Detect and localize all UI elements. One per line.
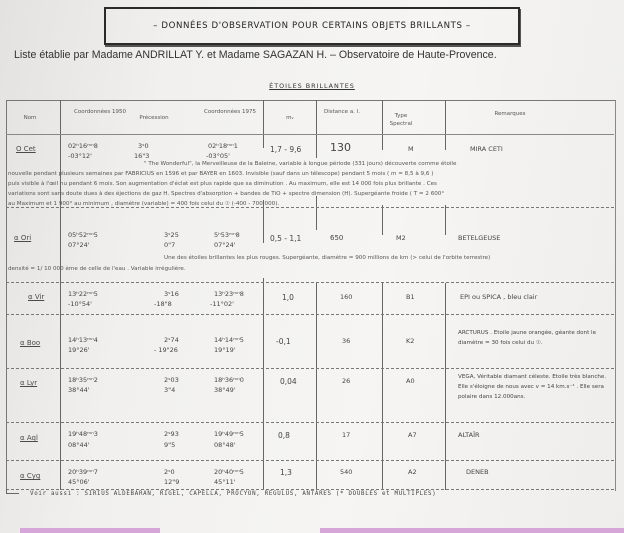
- column-divider: [263, 278, 264, 490]
- dec-1950: -10°54': [68, 299, 92, 310]
- remark: EPI ou SPICA , bleu clair: [460, 292, 537, 303]
- star-name: α Lyr: [20, 378, 37, 389]
- column-divider: [60, 100, 61, 490]
- distance: 26: [342, 376, 350, 387]
- dec-1950: 19°26': [68, 345, 90, 356]
- column-header-remarques: Remarques: [470, 110, 550, 118]
- spectral-type: A2: [408, 467, 417, 478]
- remark: ARCTURUS . Etoile jaune orangée, géante …: [458, 328, 608, 348]
- column-divider: [316, 100, 317, 158]
- spectral-type: A7: [408, 430, 417, 441]
- precession-ra: 2ˢ93: [164, 429, 179, 440]
- header-divider: [6, 134, 614, 135]
- dec-1950: 07°24': [68, 240, 90, 251]
- dec-1950: -03°12': [68, 151, 92, 162]
- column-divider: [382, 100, 383, 150]
- handwritten-note: Voir aussi : SIRIUS ALDEBARAN, RIGEL, CA…: [30, 491, 436, 497]
- star-name: α Ori: [14, 233, 31, 244]
- section-title: ÉTOILES BRILLANTES: [0, 82, 624, 90]
- star-name: α Cyg: [20, 471, 40, 482]
- dec-1975: 19°19': [214, 345, 236, 356]
- column-header-precession: Précession: [124, 114, 184, 122]
- document-title: – DONNÉES D'OBSERVATION POUR CERTAINS OB…: [153, 21, 471, 31]
- remark: MIRA CETI: [470, 144, 503, 155]
- remark: BETELGEUSE: [458, 233, 500, 244]
- precession-dec: -18"8: [154, 299, 172, 310]
- row-divider: [6, 422, 614, 423]
- precession-dec: 9"5: [164, 440, 175, 451]
- spectral-type: A0: [406, 376, 415, 387]
- magnitude: 1,3: [280, 467, 292, 478]
- star-note: variations sont sans doute dues à des éj…: [8, 189, 444, 200]
- row-divider: [6, 460, 614, 461]
- star-name: α Vir: [28, 292, 44, 303]
- remark: DENEB: [466, 467, 489, 478]
- spectral-type: B1: [406, 292, 415, 303]
- distance: 160: [340, 292, 352, 303]
- distance: 540: [340, 467, 352, 478]
- magnitude: 0,04: [280, 376, 297, 387]
- spectral-type: M: [408, 144, 414, 155]
- row-divider: [6, 489, 614, 490]
- star-note: au Maximum et 1 900° au minimum , diamèt…: [8, 199, 279, 210]
- star-note: Une des étoiles brillantes les plus roug…: [164, 253, 490, 264]
- column-divider: [263, 100, 264, 148]
- column-header-coord1975: Coordonnées 1975: [200, 108, 260, 116]
- magnitude: 0,8: [278, 430, 290, 441]
- document-title-box: – DONNÉES D'OBSERVATION POUR CERTAINS OB…: [104, 7, 520, 45]
- page-edge: [20, 528, 160, 533]
- dec-1975: 07°24': [214, 240, 236, 251]
- remark: ALTAÏR: [458, 430, 480, 441]
- magnitude: 1,0: [282, 292, 294, 303]
- precession-dec: - 19"26: [154, 345, 178, 356]
- dec-1975: -11°02': [210, 299, 234, 310]
- dec-1950: 38°44': [68, 385, 90, 396]
- ra-1950: 19ʰ48ᵐⁿ3: [68, 429, 98, 440]
- star-note: " The Wonderful", la Merveilleuse de la …: [144, 159, 456, 170]
- row-divider: [6, 282, 614, 283]
- footer-bracket: [6, 489, 19, 494]
- distance: 650: [330, 233, 343, 244]
- row-divider: [6, 314, 614, 315]
- spectral-type: K2: [406, 336, 414, 347]
- star-name: α Aql: [20, 433, 38, 444]
- page-edge: [320, 528, 624, 533]
- magnitude: 0,5 - 1,1: [270, 233, 301, 244]
- distance: 36: [342, 336, 350, 347]
- dec-1950: 08°44': [68, 440, 90, 451]
- star-note: densité = 1/ 10 000 ème de celle de l'ea…: [8, 264, 186, 275]
- distance: 17: [342, 430, 350, 441]
- spectral-type: M2: [396, 233, 406, 244]
- star-name: α Boo: [20, 338, 40, 349]
- column-divider: [445, 100, 446, 150]
- ra-1975: 19ʰ49ᵐⁿ5: [214, 429, 244, 440]
- dec-1975: 38°49': [214, 385, 236, 396]
- star-note: nouvelle pendant plusieurs semaines par …: [8, 169, 433, 180]
- dec-1950: 45°06': [68, 477, 90, 488]
- dec-1975: 45°11': [214, 477, 236, 488]
- precession-dec: 3"4: [164, 385, 175, 396]
- star-note: puis visible à l'œil nu pendant 6 mois. …: [8, 179, 437, 190]
- row-divider: [6, 368, 614, 369]
- remark: VEGA, Véritable diamant céleste. Etoile …: [458, 372, 608, 402]
- column-divider: [445, 205, 446, 235]
- precession-dec: 12"9: [164, 477, 179, 488]
- precession-dec: 0"7: [164, 240, 175, 251]
- column-divider: [316, 196, 317, 230]
- column-header-nom: Nom: [10, 114, 50, 122]
- magnitude: 1,7 - 9,6: [270, 144, 301, 155]
- column-header-distance: Distance a. l.: [322, 108, 362, 116]
- column-header-mv: mᵥ: [270, 114, 310, 122]
- star-name: O Cet: [16, 144, 36, 155]
- column-header-type: Type Spectral: [386, 112, 416, 128]
- dec-1975: 08°48': [214, 440, 236, 451]
- distance: 130: [330, 142, 351, 153]
- document-subtitle: Liste établie par Madame ANDRILLAT Y. et…: [14, 49, 614, 61]
- column-header-coord1950: Coordonnées 1950: [70, 108, 130, 116]
- column-divider: [382, 205, 383, 235]
- magnitude: -0,1: [276, 336, 291, 347]
